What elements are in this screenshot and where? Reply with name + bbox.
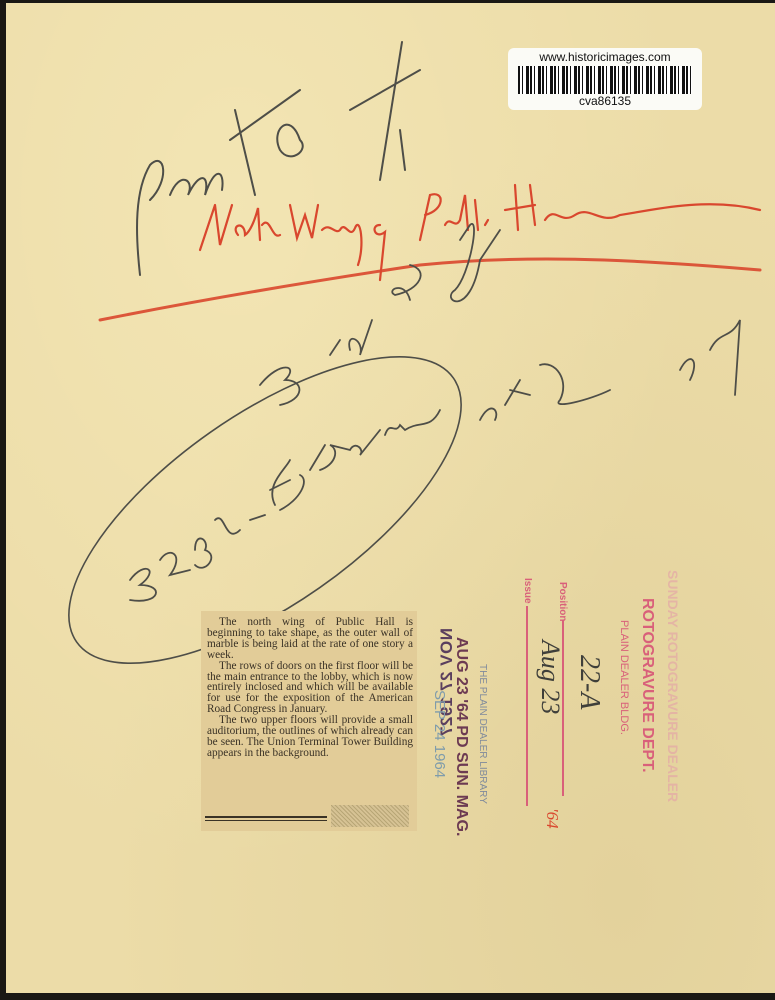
handwriting-layer bbox=[0, 0, 775, 1000]
issue-value: Aug 23 bbox=[535, 640, 565, 714]
clipping-paragraph-2: The rows of doors on the first floor wil… bbox=[207, 661, 413, 716]
stamp-library: THE PLAIN DEALER LIBRARY bbox=[477, 664, 488, 804]
newspaper-clipping: The north wing of Public Hall is beginni… bbox=[201, 611, 417, 831]
halftone-patch bbox=[331, 805, 409, 827]
stamp-sep-1964: SEP 24 1964 bbox=[431, 690, 448, 778]
position-value: 22-A bbox=[573, 655, 605, 709]
stamp-plain-dealer-bldg: PLAIN DEALER BLDG. bbox=[618, 620, 630, 735]
clipping-paragraph-3: The two upper floors will provide a smal… bbox=[207, 715, 413, 759]
stamp-faded-dealer: SUNDAY ROTOGRAVURE DEALER bbox=[665, 570, 681, 802]
issue-line bbox=[526, 606, 528, 806]
pencil-panto-a bbox=[137, 42, 420, 275]
red-crayon-caption bbox=[100, 185, 760, 320]
stamp-rotogravure: ROTOGRAVURE DEPT. bbox=[638, 598, 656, 773]
pencil-3256-exterior bbox=[130, 320, 740, 601]
position-label: Position bbox=[557, 582, 568, 621]
stamp-pd-sun-mag: AUG 23 '64 PD SUN. MAG. bbox=[452, 637, 470, 836]
year-note: '64 bbox=[542, 808, 562, 829]
clipping-rule bbox=[205, 816, 327, 821]
pencil-3rd-line bbox=[260, 224, 500, 405]
clipping-paragraph-1: The north wing of Public Hall is beginni… bbox=[207, 617, 413, 661]
issue-label: Issue bbox=[522, 578, 533, 604]
